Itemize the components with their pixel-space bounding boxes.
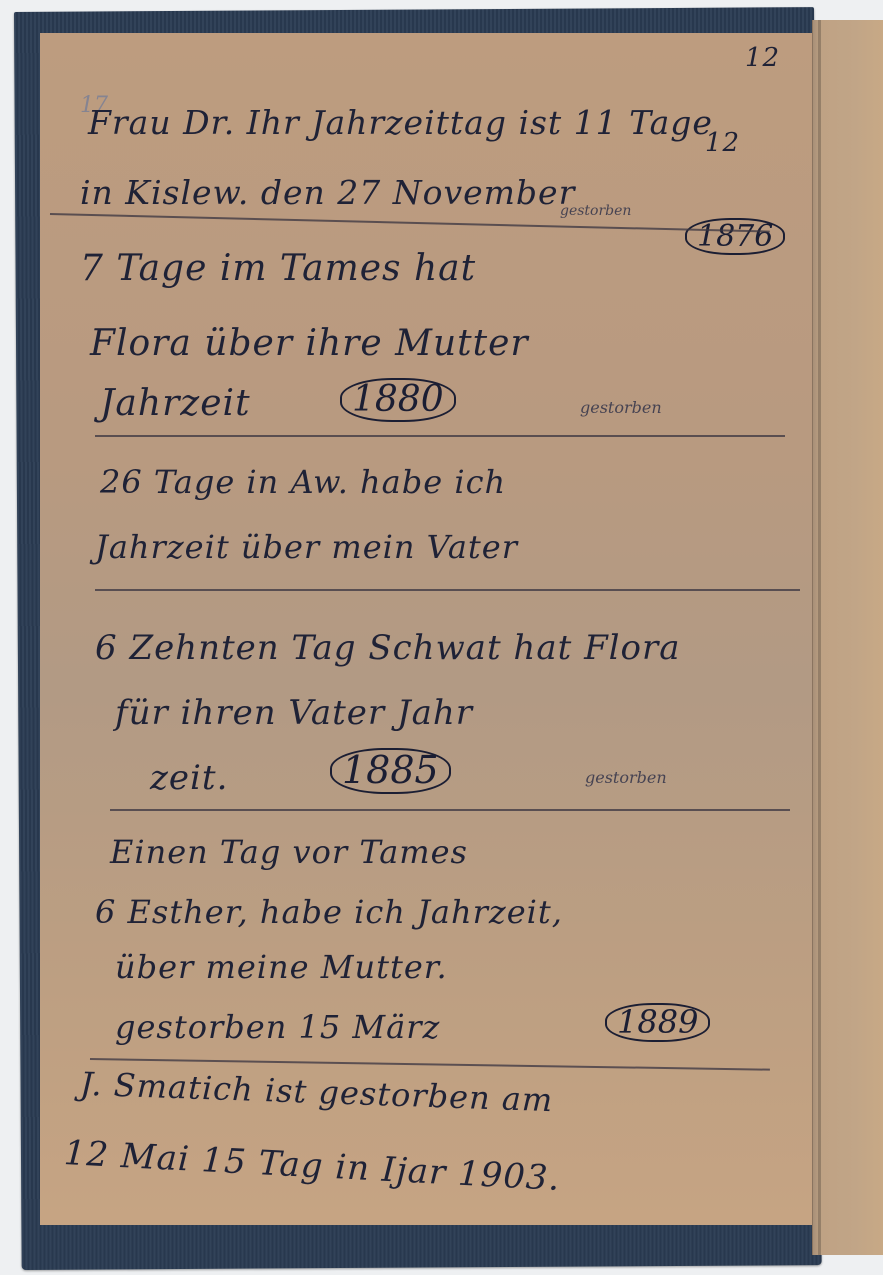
- gestorben-note: gestorben: [580, 398, 662, 417]
- entry-line: Frau Dr. Ihr Jahrzeittag ist 11 Tage: [88, 103, 713, 142]
- entry-line: 26 Tage in Aw. habe ich: [100, 463, 506, 501]
- divider-line: [50, 213, 770, 232]
- entry-line: 6 Esther, habe ich Jahrzeit,: [95, 893, 563, 931]
- entry-line: über meine Mutter.: [115, 948, 448, 986]
- entry-line: zeit.: [150, 758, 228, 798]
- entry-line: Flora über ihre Mutter: [90, 323, 529, 364]
- gestorben-note: gestorben: [585, 768, 667, 787]
- handwritten-page: 17 12 12 Frau Dr. Ihr Jahrzeittag ist 11…: [40, 33, 812, 1225]
- entry-line: für ihren Vater Jahr: [115, 693, 473, 733]
- divider-line: [95, 589, 800, 591]
- entry-line: Einen Tag vor Tames: [110, 833, 468, 871]
- circled-year: 1889: [605, 1003, 710, 1042]
- circled-year: 1880: [340, 378, 456, 422]
- flyleaf-page: [812, 20, 883, 1255]
- entry-line: 6 Zehnten Tag Schwat hat Flora: [95, 628, 681, 668]
- binding-gutter: [818, 20, 821, 1255]
- entry-line: Jahrzeit über mein Vater: [95, 528, 518, 566]
- entry-line: in Kislew. den 27 November: [80, 173, 575, 212]
- circled-year: 1876: [685, 218, 785, 255]
- entry-line: 12 Mai 15 Tag in Ijar 1903.: [63, 1133, 561, 1199]
- divider-line: [110, 809, 790, 811]
- divider-line: [95, 435, 785, 437]
- entry-line: 7 Tage im Tames hat: [80, 248, 476, 289]
- gestorben-note: gestorben: [560, 203, 631, 219]
- entry-line: J. Smatich ist gestorben am: [79, 1065, 553, 1119]
- entry-line: gestorben 15 März: [115, 1008, 440, 1046]
- circled-year: 1885: [330, 748, 451, 794]
- entry-line: Jahrzeit: [100, 383, 251, 424]
- corner-number-top: 12: [745, 43, 780, 73]
